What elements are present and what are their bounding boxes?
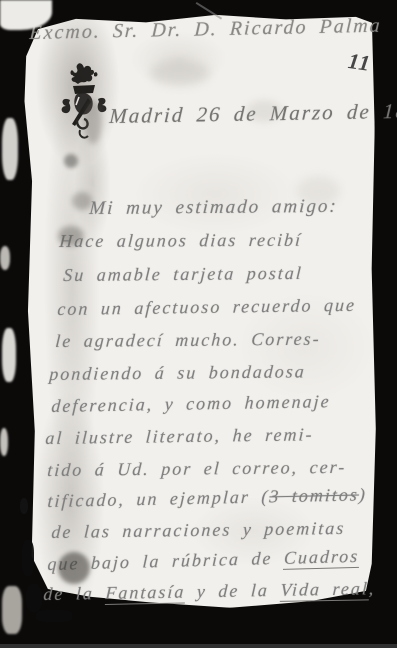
underlined-word: Fantasía [105,582,186,605]
text-segment: pondiendo á su bondadosa [49,361,307,384]
scan-artifact [36,610,72,622]
text-segment: Hace algunos dias recibí [59,230,303,251]
text-segment: tido á Ud. por el correo, cer- [47,457,347,480]
scan-artifact [84,100,102,144]
scan-artifact [72,192,92,210]
scan-artifact [0,246,10,270]
scan-artifact [58,552,90,584]
scan-artifact [58,226,84,246]
scan-artifact [20,498,28,514]
text-segment: deferencia, y como homenaje [51,391,331,416]
handwriting-line: le agradecí mucho. Corres- [55,329,322,352]
scan-artifact [2,586,22,634]
text-segment: Su amable tarjeta postal [63,263,304,285]
scan-artifact [26,584,42,612]
text-segment: con un afectuoso recuerdo que [57,295,357,319]
scan-artifact [64,154,78,168]
text-segment: y de la [185,580,281,602]
scan-artifact [2,118,18,180]
scan-artifact [296,176,340,206]
page-number: 11 [346,48,372,77]
underlined-word: Vida real [280,578,370,602]
handwriting-line: de la Fantasía y de la Vida real, [43,578,376,605]
handwriting-line: tido á Ud. por el correo, cer- [47,457,347,481]
scan-artifact [150,60,210,86]
scanned-letter-page: Excmo. Sr. Dr. D. Ricardo Palma 11 Madri… [0,0,397,648]
scan-artifact [22,540,34,576]
scan-artifact [246,100,282,122]
handwriting-line: Hace algunos dias recibí [59,230,303,252]
text-segment: 3 tomitos [269,484,359,506]
text-segment: ) [358,484,367,504]
handwriting-line: al ilustre literato, he remi- [45,424,314,449]
text-segment: le agradecí mucho. Corres- [55,329,322,351]
underlined-word: Cuadros [283,546,359,570]
text-segment: , [368,578,376,598]
handwriting-line: pondiendo á su bondadosa [49,361,307,385]
text-segment: de las narraciones y poemitas [51,518,346,542]
scan-artifact [0,428,8,456]
text-segment: tificado, un ejemplar ( [47,486,270,511]
scan-bottom-strip [0,644,397,648]
scan-artifact [2,328,16,382]
handwriting-line: Su amable tarjeta postal [63,263,304,286]
text-segment: al ilustre literato, he remi- [45,424,314,448]
letterhead-crest-icon [58,62,110,146]
text-segment: de la [43,583,106,604]
handwriting-line: de las narraciones y poemitas [51,518,346,543]
handwriting-line: con un afectuoso recuerdo que [57,295,357,320]
